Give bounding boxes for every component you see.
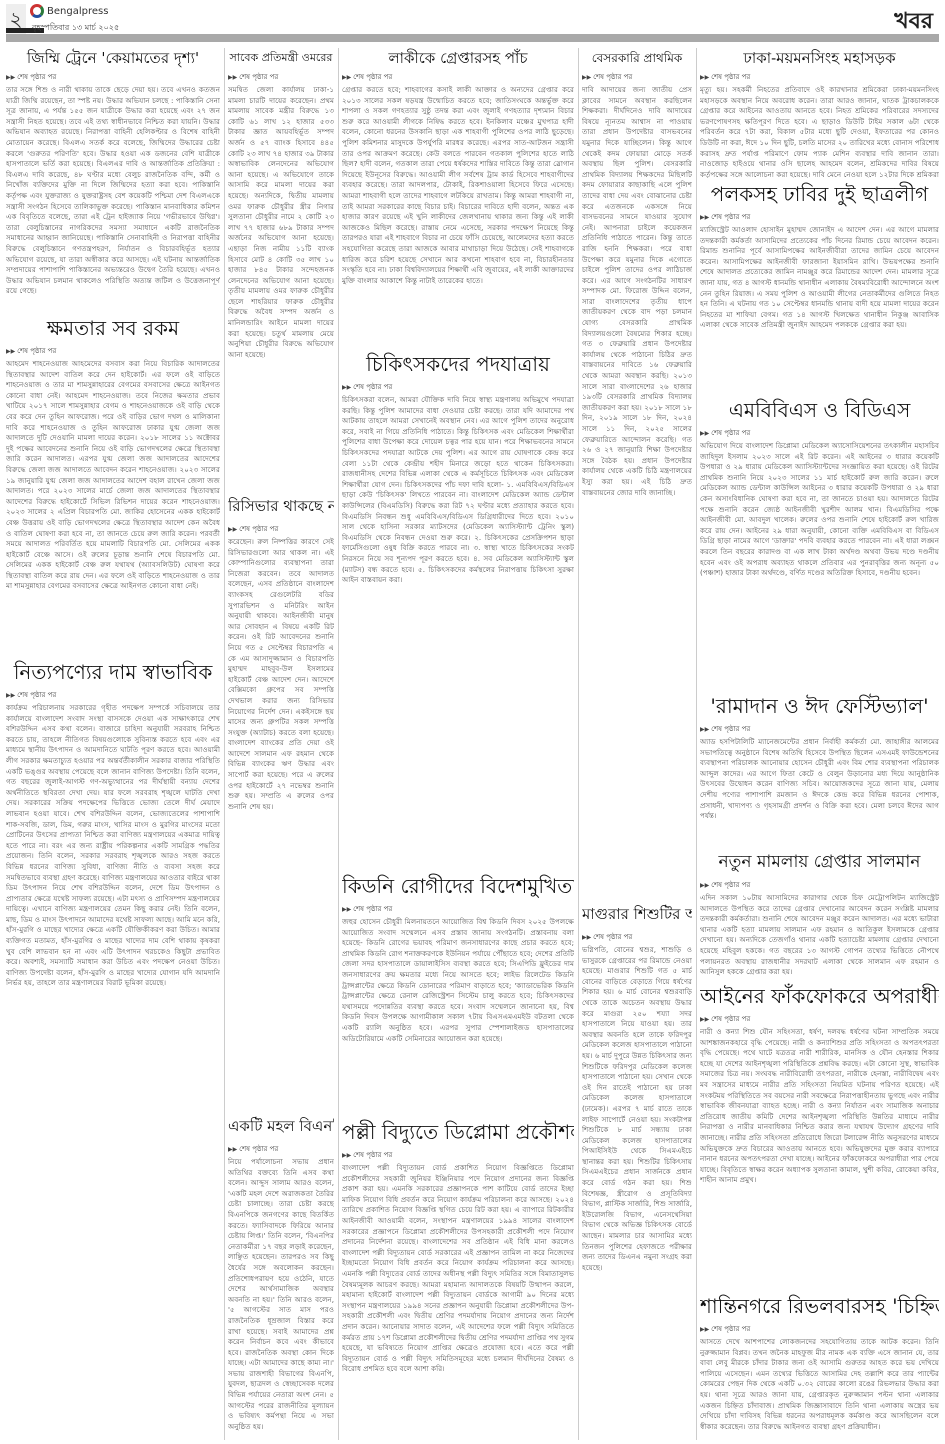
headline: ঢাকা-ময়মনসিংহ মহাসড়ক bbox=[700, 48, 939, 68]
newspaper-page: জিম্মি ট্রেনে 'কেয়ামতের দৃশ্য' শেষ পৃষ্… bbox=[6, 48, 939, 1440]
story-salman-arrest: নতুন মামলায় গ্রেপ্তার সালমান শেষ পৃষ্ঠা… bbox=[700, 848, 939, 978]
continued-label: শেষ পৃষ্ঠার পর bbox=[342, 903, 574, 915]
column-rule bbox=[578, 48, 579, 1440]
story-body: ভগ্নিপতি, বোনের শ্বশুর, শাশুড়ি ও ভাসুরক… bbox=[582, 945, 692, 1273]
headline: রিসিভার থাকছে না bbox=[228, 492, 334, 520]
story-body: অভিযোগ দিয়ে বাংলাদেশ ডিপ্লোমা মেডিকেল অ… bbox=[700, 441, 939, 579]
masthead: ২ Bengalpress বৃহস্পতিবার ১৩ মার্চ ২০২৫ … bbox=[0, 0, 945, 44]
continued-label: শেষ পৃষ্ঠার পর bbox=[700, 211, 939, 223]
column-rule bbox=[338, 48, 339, 1440]
brand-name: Bengalpress bbox=[47, 6, 108, 17]
headline: বেসরকারি প্রাথমিক bbox=[582, 48, 692, 68]
continued-label: শেষ পৃষ্ঠার পর bbox=[228, 71, 334, 83]
story-body: নিয়ে পর্যালোচনা সভায় প্রধান অতিথির বক্… bbox=[228, 1157, 334, 1432]
story-kidney-patients: কিডনি রোগীদের বিদেশমুখিতা শেষ পৃষ্ঠার পর… bbox=[342, 872, 574, 1112]
continued-label: শেষ পৃষ্ঠার পর bbox=[342, 71, 574, 83]
continued-label: শেষ পৃষ্ঠার পর bbox=[700, 1323, 939, 1335]
story-body: গ্রেপ্তার করতে হবে; শাহবাগের কসাই লাকী আ… bbox=[342, 85, 574, 286]
continued-label: শেষ পৃষ্ঠার পর bbox=[6, 689, 220, 701]
bengalpress-logo-icon bbox=[30, 4, 44, 18]
story-mbbs-bds: এমবিবিএস ও বিডিএস শেষ পৃষ্ঠার পর অভিযোগ … bbox=[700, 396, 939, 688]
headline: আইনের ফাঁকফোকরে অপরাধীরা bbox=[700, 982, 939, 1010]
headline: কিডনি রোগীদের বিদেশমুখিতা bbox=[342, 872, 574, 900]
story-body: চিকিৎসকরা বলেন, আমরা যৌক্তিক দাবি নিয়ে … bbox=[342, 395, 574, 586]
headline: সাবেক প্রতিমন্ত্রী ওমরের bbox=[228, 48, 334, 68]
headline: ক্ষমতার সব রকম bbox=[6, 314, 220, 342]
story-body: নারী ও কন্যা শিশু যৌন সহিংসতা, ধর্ষণ, দল… bbox=[700, 1027, 939, 1186]
headline: একটি মহল বিএনপিকে bbox=[228, 1112, 334, 1140]
continued-label: শেষ পৃষ্ঠার পর bbox=[6, 71, 220, 83]
headline: নতুন মামলায় গ্রেপ্তার সালমান bbox=[700, 848, 939, 876]
continued-label: শেষ পৃষ্ঠার পর bbox=[700, 71, 939, 83]
continued-label: শেষ পৃষ্ঠার পর bbox=[6, 345, 220, 357]
continued-label: শেষ পৃষ্ঠার পর bbox=[228, 1143, 334, 1155]
headline: নিত্যপণ্যের দাম স্বাভাবিক bbox=[6, 658, 220, 686]
story-dhaka-mymensingh: ঢাকা-ময়মনসিংহ মহাসড়ক শেষ পৃষ্ঠার পর মৃ… bbox=[700, 48, 939, 178]
story-body: অ্যাড হসপিটালিটি ম্যানেজমেন্টের প্রধান ন… bbox=[700, 737, 939, 822]
story-private-primary: বেসরকারি প্রাথমিক শেষ পৃষ্ঠার পর দাবি আদ… bbox=[582, 48, 692, 896]
headline: লাকীকে গ্রেপ্তারসহ পাঁচ bbox=[342, 48, 574, 68]
continued-label: শেষ পৃষ্ঠার পর bbox=[582, 71, 692, 83]
continued-label: শেষ পৃষ্ঠার পর bbox=[342, 381, 574, 393]
headline: এমবিবিএস ও বিডিএস bbox=[700, 396, 939, 424]
continued-label: শেষ পৃষ্ঠার পর bbox=[700, 723, 939, 735]
continued-label: শেষ পৃষ্ঠার পর bbox=[342, 1149, 574, 1161]
story-former-minister: সাবেক প্রতিমন্ত্রী ওমরের শেষ পৃষ্ঠার পর … bbox=[228, 48, 334, 488]
story-body: আসতে দেখে আশপাশের লোকজনদের সহযোগিতায় তা… bbox=[700, 1337, 939, 1432]
story-dhaka-university-league: পলকসহ ঢাবির দুই ছাত্রলীগ শেষ পৃষ্ঠার পর … bbox=[700, 180, 939, 394]
story-body: কার্যক্রম পরিচালনায় সরকারের গৃহীত পদক্ষ… bbox=[6, 703, 220, 989]
story-doctors-march: চিকিৎসকদের পদযাত্রায় শেষ পৃষ্ঠার পর চিক… bbox=[342, 350, 574, 870]
story-body: বাংলাদেশ পল্লী বিদ্যুতায়ন বোর্ড প্রকাশি… bbox=[342, 1163, 574, 1375]
story-lakkhi-arrest: লাকীকে গ্রেপ্তারসহ পাঁচ শেষ পৃষ্ঠার পর গ… bbox=[342, 48, 574, 348]
headline: মাগুরার শিশুটির অবস্থা bbox=[582, 900, 692, 928]
story-body: এদিন সকাল ১০টায় আসামিদের কারাগার থেকে চ… bbox=[700, 893, 939, 978]
story-body: করেছেন। রুল নিষ্পত্তির কারণে সেই রিসিভার… bbox=[228, 537, 334, 812]
brand-logo: Bengalpress bbox=[30, 4, 108, 18]
story-bnp-circle: একটি মহল বিএনপিকে শেষ পৃষ্ঠার পর নিয়ে প… bbox=[228, 1112, 334, 1440]
story-magura-child: মাগুরার শিশুটির অবস্থা শেষ পৃষ্ঠার পর ভগ… bbox=[582, 900, 692, 1440]
headline: জিম্মি ট্রেনে 'কেয়ামতের দৃশ্য' bbox=[6, 48, 220, 68]
story-body: সমন্বিত জেলা কার্যালয় ঢাকা-১ মামলা চারট… bbox=[228, 85, 334, 360]
continued-label: শেষ পৃষ্ঠার পর bbox=[228, 523, 334, 535]
story-body: ম্যাজিস্ট্রেট আওলাদ হোসাইন মুহাম্মদ জোনা… bbox=[700, 225, 939, 331]
story-body: জহুর হোসেন চৌধুরী মিলনায়তনে আয়োজিত বিশ… bbox=[342, 917, 574, 1044]
column-rule bbox=[696, 48, 697, 1440]
column-rule bbox=[224, 48, 225, 1440]
story-commodity-prices: নিত্যপণ্যের দাম স্বাভাবিক শেষ পৃষ্ঠার পর… bbox=[6, 658, 220, 1440]
continued-label: শেষ পৃষ্ঠার পর bbox=[700, 879, 939, 891]
story-rural-electrification: পল্লী বিদ্যুতে ডিপ্লোমা প্রকৌশলীদের শেষ … bbox=[342, 1118, 574, 1440]
story-ramadan-festival: 'রামাদান ও ঈদ ফেস্টিভ্যাল' শেষ পৃষ্ঠার প… bbox=[700, 692, 939, 842]
headline: চিকিৎসকদের পদযাত্রায় bbox=[342, 350, 574, 378]
story-law-loopholes: আইনের ফাঁকফোকরে অপরাধীরা শেষ পৃষ্ঠার পর … bbox=[700, 982, 939, 1282]
story-body: দাবি আদায়ের জন্য জাতীয় প্রেস ক্লাবের স… bbox=[582, 85, 692, 498]
story-power-all-kinds: ক্ষমতার সব রকম শেষ পৃষ্ঠার পর আহমেদ শাহন… bbox=[6, 314, 220, 654]
header-divider bbox=[6, 34, 939, 42]
story-body: মৃত্যু হয়। সহকর্মী নিহতের প্রতিবাদে ওই … bbox=[700, 85, 939, 178]
continued-label: শেষ পৃষ্ঠার পর bbox=[582, 931, 692, 943]
headline: শান্তিনগরে রিভলবারসহ 'চিহ্নিত bbox=[700, 1292, 939, 1320]
story-body: তার সঙ্গে শিশু ও নারী থাকায় তাকে ছেড়ে … bbox=[6, 85, 220, 297]
headline: পল্লী বিদ্যুতে ডিপ্লোমা প্রকৌশলীদের bbox=[342, 1118, 574, 1146]
story-body: আহমেদ শাহনেওয়াজ আহমেদের বসবাস করা নিয়ে… bbox=[6, 359, 220, 592]
story-shantinagar-revolver: শান্তিনগরে রিভলবারসহ 'চিহ্নিত শেষ পৃষ্ঠা… bbox=[700, 1292, 939, 1440]
headline: 'রামাদান ও ঈদ ফেস্টিভ্যাল' bbox=[700, 692, 939, 720]
story-hostage-train: জিম্মি ট্রেনে 'কেয়ামতের দৃশ্য' শেষ পৃষ্… bbox=[6, 48, 220, 312]
headline: পলকসহ ঢাবির দুই ছাত্রলীগ bbox=[700, 180, 939, 208]
continued-label: শেষ পৃষ্ঠার পর bbox=[700, 427, 939, 439]
continued-label: শেষ পৃষ্ঠার পর bbox=[700, 1013, 939, 1025]
story-receiver-not-staying: রিসিভার থাকছে না শেষ পৃষ্ঠার পর করেছেন। … bbox=[228, 492, 334, 1108]
